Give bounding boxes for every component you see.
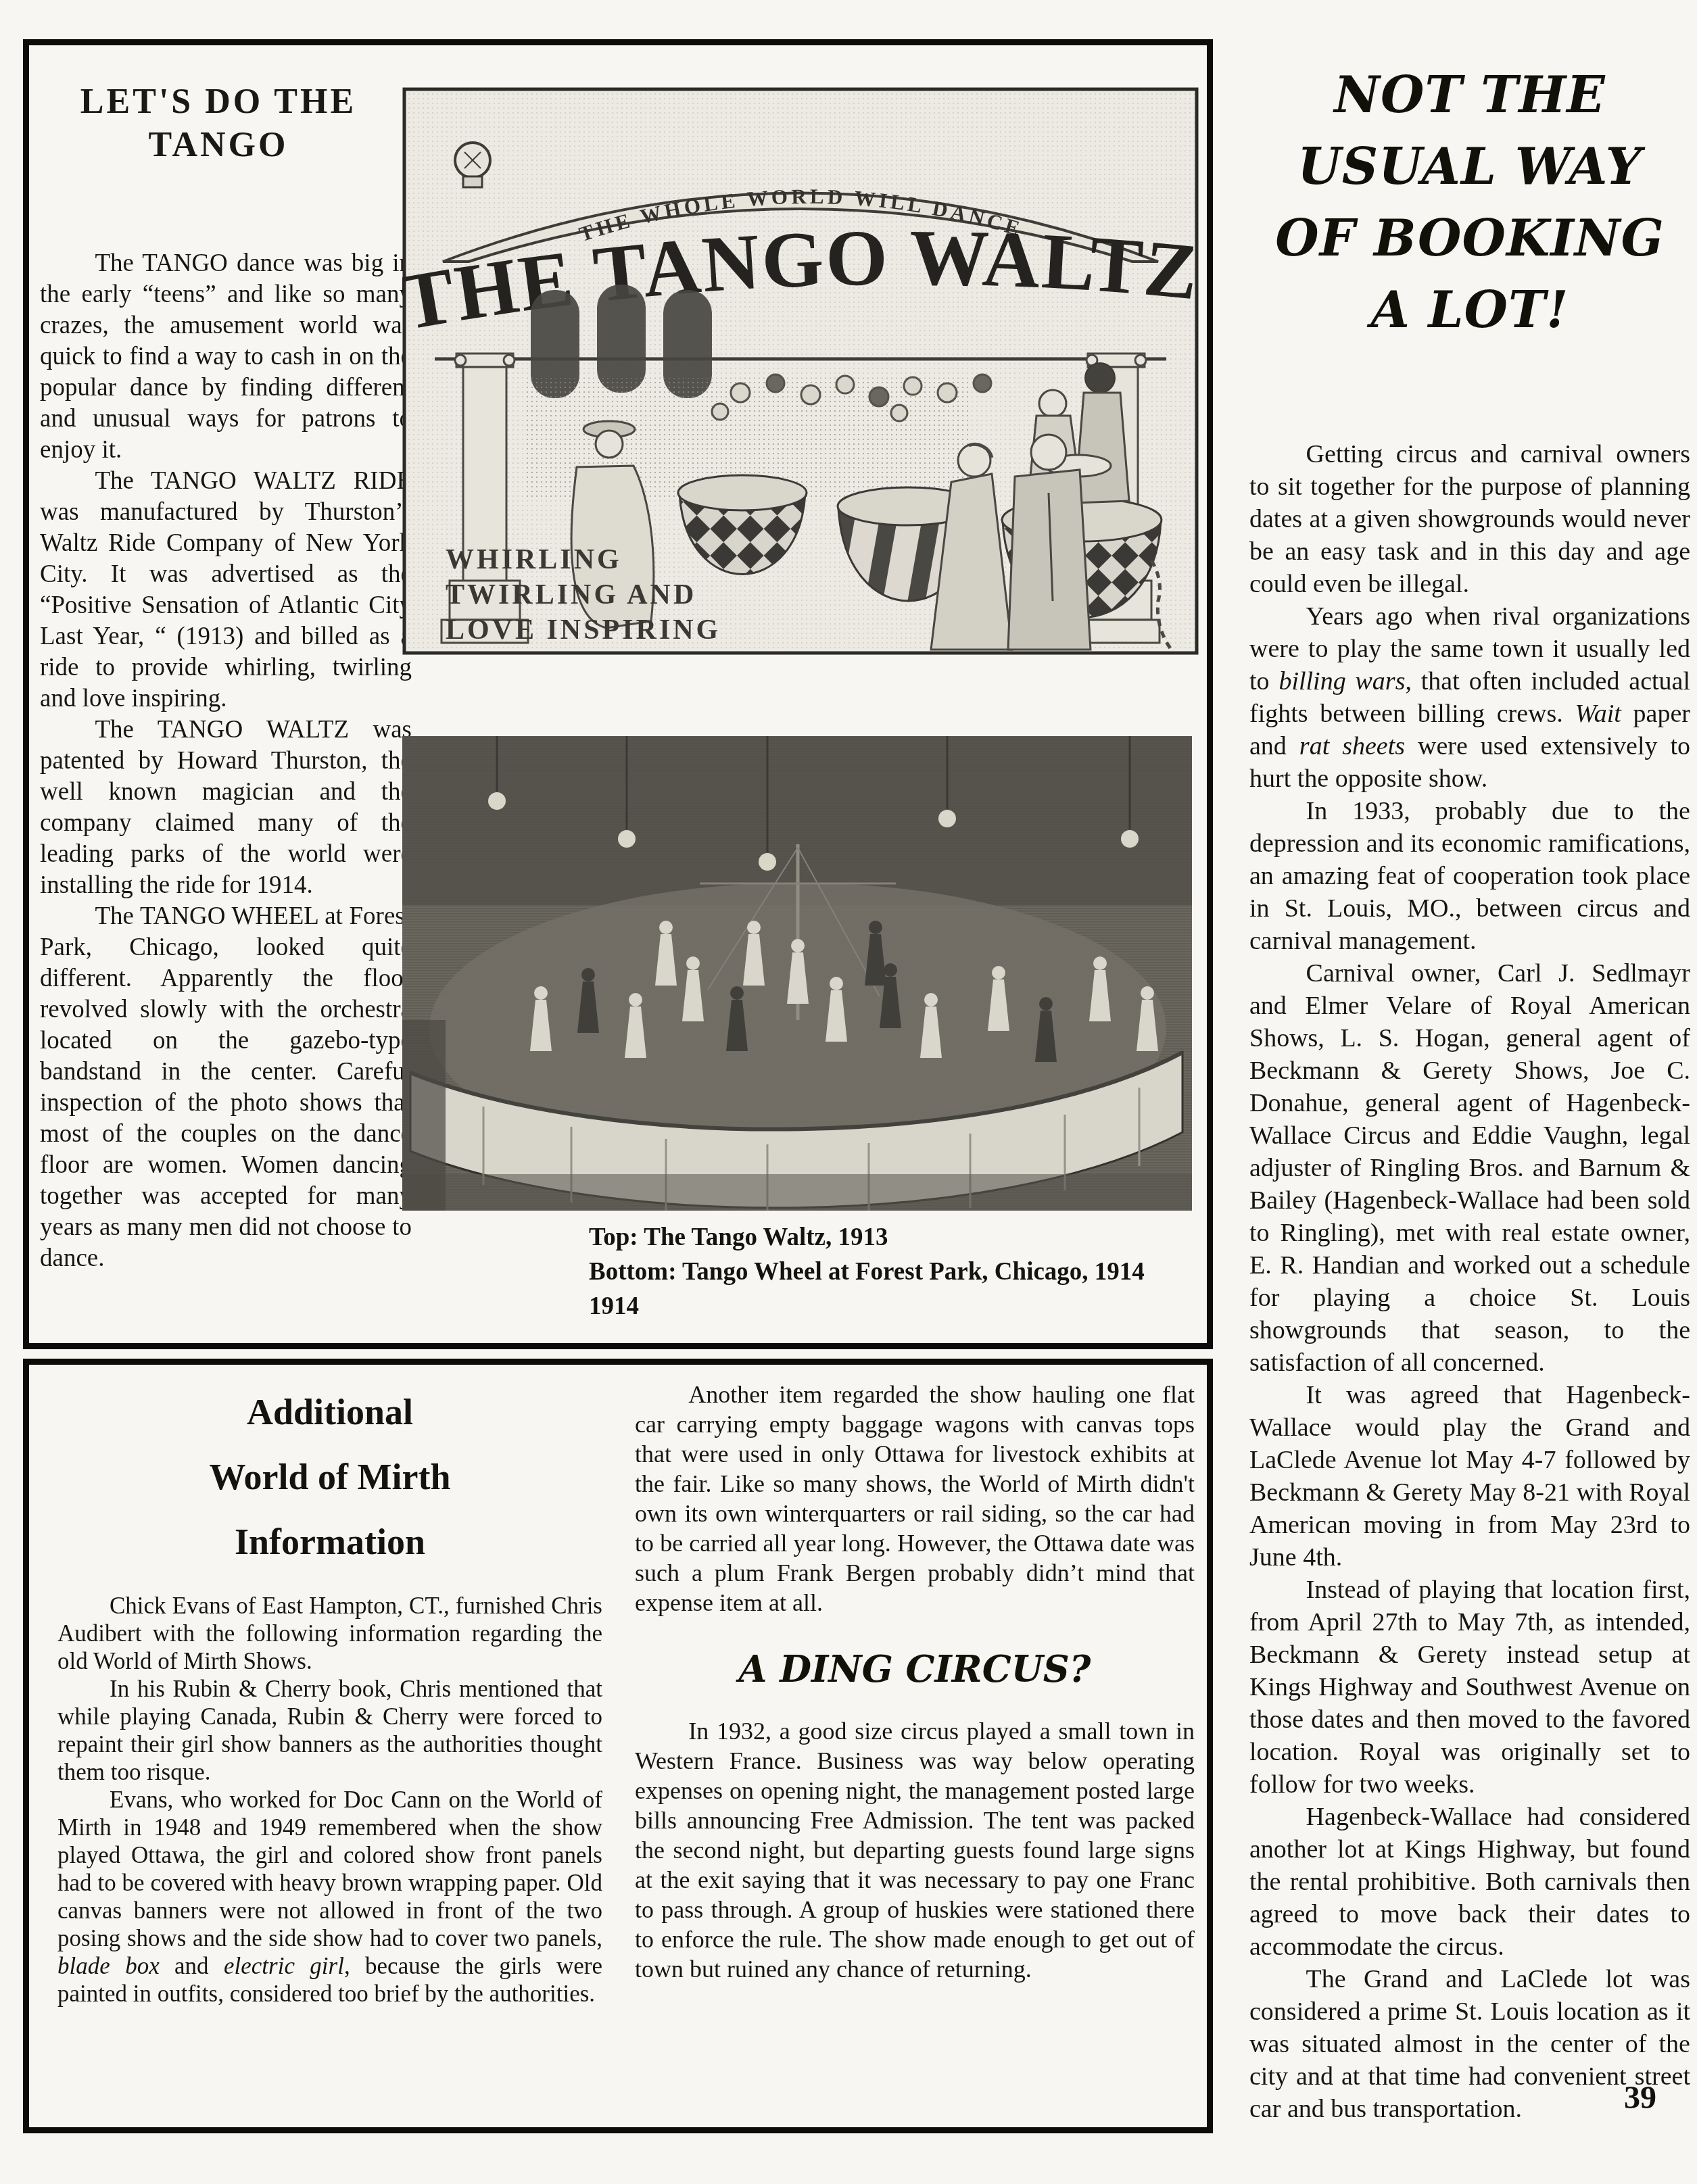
caption-line-year: 1914 [589, 1289, 1197, 1324]
mirth-title-line1: Additional [57, 1380, 602, 1445]
tango-waltz-poster-illustration: THE WHOLE WORLD WILL DANCE THE TANGO WAL… [402, 87, 1199, 655]
paragraph: Years ago when rival organizations were … [1249, 600, 1690, 795]
booking-title-line3: OF BOOKING [1249, 203, 1690, 274]
booking-article-title: NOT THE USUAL WAY OF BOOKING A LOT! [1249, 59, 1690, 346]
paragraph: Evans, who worked for Doc Cann on the Wo… [57, 1786, 602, 2008]
booking-title-line4: A LOT! [1249, 274, 1690, 346]
tango-title-line1: LET'S DO THE [29, 80, 408, 124]
caption-line-top: Top: The Tango Waltz, 1913 [589, 1220, 1197, 1255]
image-caption: Top: The Tango Waltz, 1913 Bottom: Tango… [589, 1220, 1197, 1324]
tango-waltz-poster-image: THE WHOLE WORLD WILL DANCE THE TANGO WAL… [402, 87, 1199, 655]
caption-line-bottom: Bottom: Tango Wheel at Forest Park, Chic… [589, 1255, 1197, 1289]
poster-tagline-line2: TWIRLING AND [446, 579, 696, 610]
paragraph: The TANGO WALTZ RIDE was manufactured by… [40, 466, 412, 714]
ding-article-title: A DING CIRCUS? [635, 1649, 1195, 1689]
tango-article-title: LET'S DO THE TANGO [29, 80, 408, 167]
photo-bottom-shadow [402, 1174, 1192, 1211]
mirth-article: Additional World of Mirth Information Ch… [57, 1380, 602, 2008]
paragraph: In 1932, a good size circus played a sma… [635, 1716, 1195, 1984]
booking-article: NOT THE USUAL WAY OF BOOKING A LOT! Gett… [1249, 59, 1690, 2128]
page-number: 39 [1575, 2079, 1656, 2116]
poster-tagline-line3: LOVE INSPIRING [446, 614, 721, 646]
tango-title-line2: TANGO [29, 124, 408, 167]
newsletter-page: LET'S DO THE TANGO The TANGO dance was b… [0, 0, 1697, 2184]
paragraph: The TANGO WALTZ was patented by Howard T… [40, 714, 412, 901]
mirth-article-body: Chick Evans of East Hampton, CT., furnis… [57, 1592, 602, 2008]
mirth-title-line3: Information [57, 1509, 602, 1574]
mirth-title-line2: World of Mirth [57, 1445, 602, 1509]
paragraph: The TANGO dance was big in the early “te… [40, 248, 412, 466]
booking-title-line2: USUAL WAY [1249, 131, 1690, 203]
paragraph: In 1933, probably due to the depression … [1249, 795, 1690, 957]
tango-wheel-photo-illustration [402, 736, 1192, 1211]
tango-wheel-photo [402, 736, 1192, 1211]
paragraph: Instead of playing that location first, … [1249, 1574, 1690, 1801]
poster-tagline-line1: WHIRLING [446, 544, 622, 575]
tango-article-body: The TANGO dance was big in the early “te… [40, 248, 412, 1274]
paragraph: The TANGO WHEEL at Forest Park, Chicago,… [40, 901, 412, 1274]
paragraph: Carnival owner, Carl J. Sedlmayr and Elm… [1249, 957, 1690, 1379]
mirth-continuation-and-ding: Another item regarded the show hauling o… [635, 1380, 1195, 1984]
tango-article-box: LET'S DO THE TANGO The TANGO dance was b… [23, 39, 1213, 1349]
paragraph: In his Rubin & Cherry book, Chris mentio… [57, 1675, 602, 1786]
paragraph: Getting circus and carnival owners to si… [1249, 438, 1690, 600]
mirth-article-title: Additional World of Mirth Information [57, 1380, 602, 1574]
photo-left-shadow [402, 1020, 446, 1211]
paragraph: It was agreed that Hagenbeck-Wallace wou… [1249, 1379, 1690, 1574]
booking-article-body: Getting circus and carnival owners to si… [1249, 438, 1690, 2125]
paragraph: Chick Evans of East Hampton, CT., furnis… [57, 1592, 602, 1675]
mirth-article-box: Additional World of Mirth Information Ch… [23, 1359, 1213, 2133]
booking-title-line1: NOT THE [1249, 59, 1690, 131]
paragraph: Hagenbeck-Wallace had considered another… [1249, 1801, 1690, 1963]
paragraph: Another item regarded the show hauling o… [635, 1380, 1195, 1618]
